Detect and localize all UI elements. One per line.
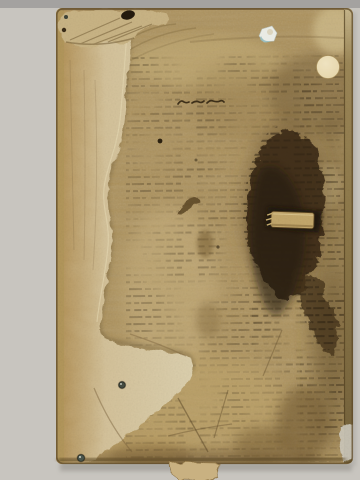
round-archive-sticker <box>317 56 340 79</box>
photograph-manuscript-cover <box>0 0 360 480</box>
manuscript-photo-canvas <box>0 0 360 480</box>
photo-grain <box>56 8 353 464</box>
nail-bottom-corner <box>77 454 86 463</box>
torn-parchment-tongue <box>166 461 218 479</box>
background-top-strip <box>0 0 360 8</box>
nail-lower-flap <box>118 381 126 389</box>
